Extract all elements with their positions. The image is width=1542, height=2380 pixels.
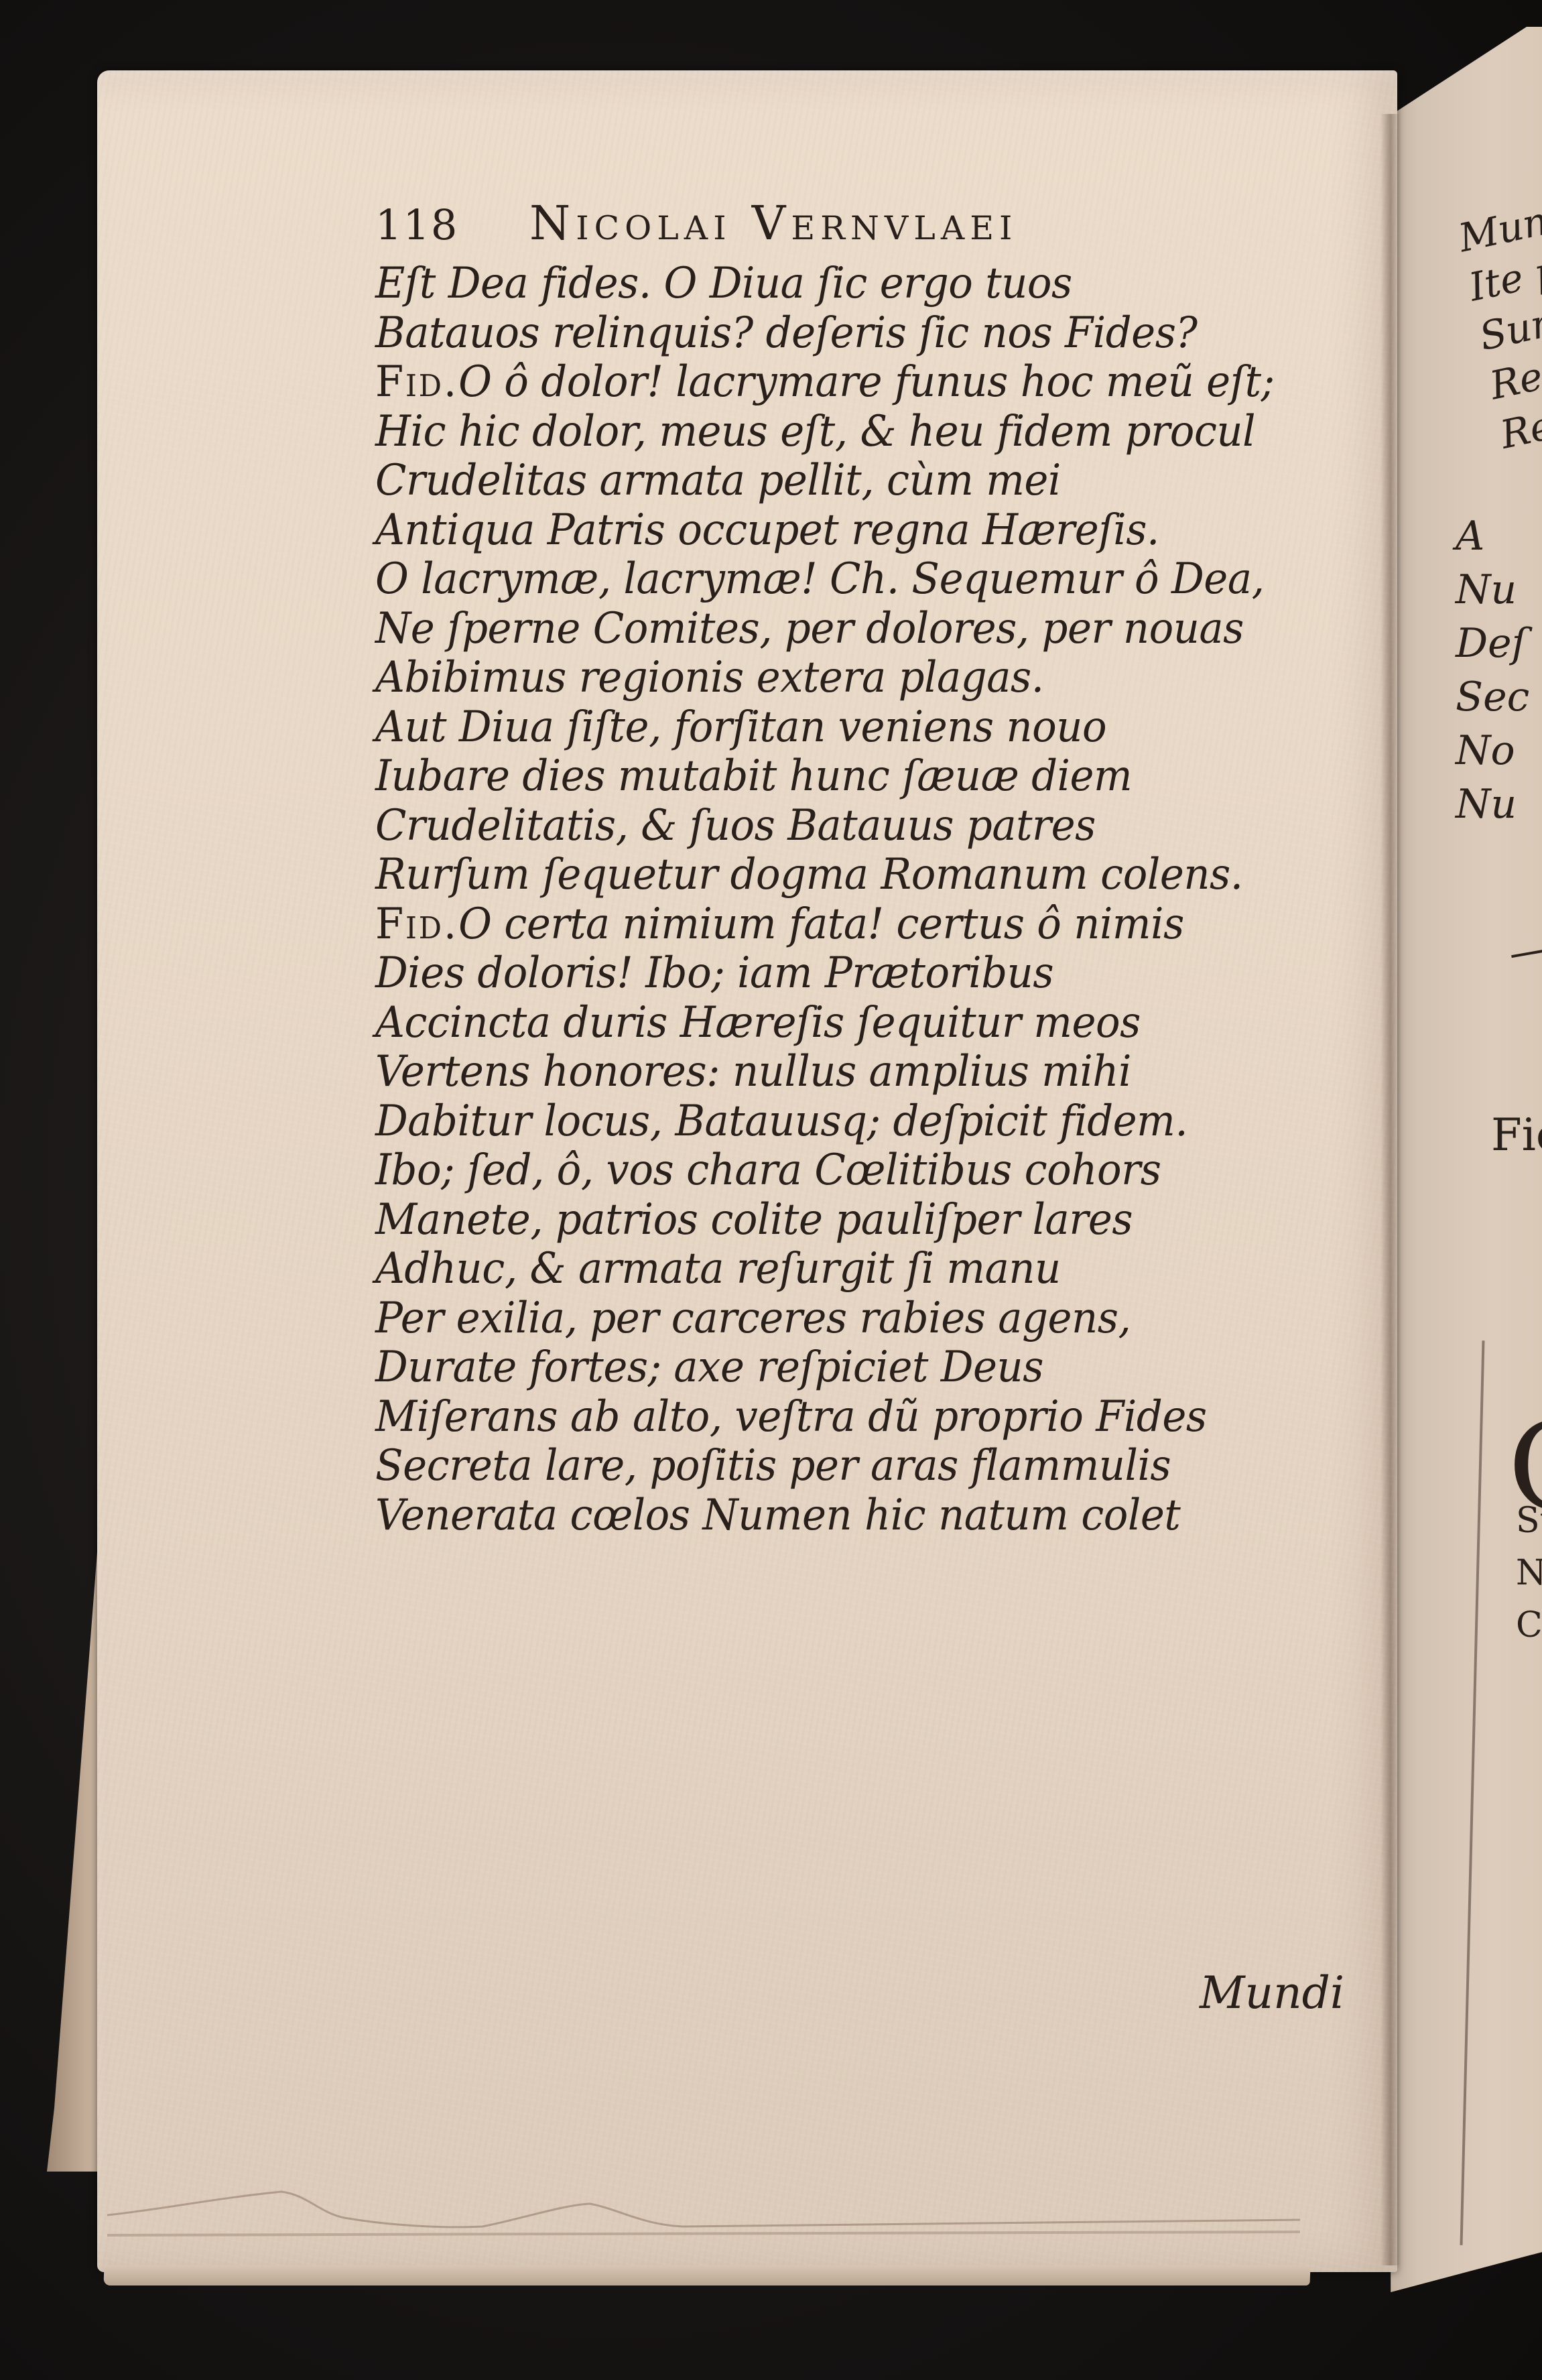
verse-line: Antiqua Patris occupet regna Hæreſis.	[375, 506, 1311, 556]
speaker-label: Fid.	[375, 357, 458, 407]
facing-page-mid-fragments: A Nu Deſ Sec No Nu	[1456, 509, 1529, 831]
verse-line: Dabitur locus, Batauusq; deſpicit fidem.	[375, 1097, 1311, 1147]
verse-line: Fid.O ô dolor! lacrymare funus hoc meũ e…	[375, 358, 1311, 408]
verse-line: Vertens honores: nullus amplius mihi	[375, 1048, 1311, 1097]
book-gutter-shadow	[1380, 114, 1401, 2265]
verse-line: Crudelitatis, & ſuos Batauus patres	[375, 802, 1311, 851]
verse-line: Miſerans ab alto, veſtra dũ proprio Fide…	[375, 1393, 1311, 1442]
running-head-title: Nicolai Vernvlaei	[529, 196, 1017, 251]
verse-line: Secreta lare, poſitis per aras flammulis	[375, 1442, 1311, 1491]
torn-bottom-edge	[107, 2178, 1300, 2239]
verse-line: Iubare dies mutabit hunc ſæuæ diem	[375, 752, 1311, 802]
running-head: 118 Nicolai Vernvlaei	[375, 196, 1360, 259]
page-number: 118	[375, 200, 529, 249]
verse-line: Venerata cœlos Numen hic natum colet	[375, 1491, 1311, 1541]
verse-line: Manete, patrios colite pauliſper lares	[375, 1196, 1311, 1245]
facing-page-lower-fragments: St N C	[1516, 1495, 1542, 1651]
speaker-label: Fid.	[375, 899, 458, 949]
text-block: 118 Nicolai Vernvlaei Eſt Dea fides. O D…	[375, 196, 1360, 1540]
verse-line: Crudelitas armata pellit, cùm mei	[375, 456, 1311, 506]
verse-line: O lacrymæ, lacrymæ! Ch. Sequemur ô Dea,	[375, 555, 1311, 605]
verse-line: Ibo; ſed, ô, vos chara Cœlitibus cohors	[375, 1146, 1311, 1196]
verse-line: Ne ſperne Comites, per dolores, per noua…	[375, 605, 1311, 654]
verse-line: Fid.O certa nimium fata! certus ô nimis	[375, 900, 1311, 950]
verse-line: Aut Diua ſiſte, forſitan veniens nouo	[375, 703, 1311, 753]
verse-line: Adhuc, & armata reſurgit ſi manu	[375, 1245, 1311, 1294]
verse-line: Batauos relinquis? deſeris ſic nos Fides…	[375, 309, 1311, 359]
verse-line: Hic hic dolor, meus eſt, & heu fidem pro…	[375, 408, 1311, 457]
catchword: Mundi	[1200, 1967, 1344, 2019]
facing-page-heading-fragment: Fic	[1491, 1109, 1542, 1161]
verse-lines: Eſt Dea fides. O Diua ſic ergo tuos Bata…	[375, 259, 1360, 1540]
verse-line: Abibimus regionis extera plagas.	[375, 653, 1311, 703]
verse-line: Rurſum ſequetur dogma Romanum colens.	[375, 851, 1311, 900]
verse-line: Per exilia, per carceres rabies agens,	[375, 1294, 1311, 1344]
verse-line: Dies doloris! Ibo; iam Prætoribus	[375, 949, 1311, 999]
verse-line: Accincta duris Hæreſis ſequitur meos	[375, 999, 1311, 1048]
page-stack-bottom-edge	[103, 2265, 1310, 2285]
verse-line: Eſt Dea fides. O Diua ſic ergo tuos	[375, 259, 1311, 309]
verse-line: Durate fortes; axe reſpiciet Deus	[375, 1343, 1311, 1393]
